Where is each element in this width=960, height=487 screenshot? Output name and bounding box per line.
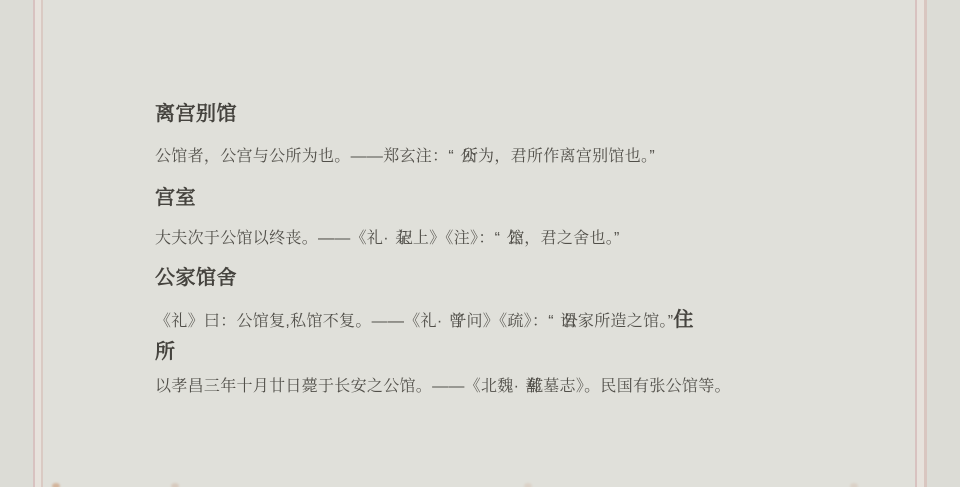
squeezed-glyph: 公馆	[506, 230, 524, 248]
cutoff-footer-artifact	[524, 483, 532, 487]
quote-text: 上》《注》：“	[413, 230, 500, 247]
quote-text: 以孝昌三年十月廿日薨于长安之公馆。——《北魏·	[155, 378, 519, 395]
right-outer-rule	[924, 0, 927, 487]
definition-1-quote: 公馆者，公宫与公所为也。——郑玄注：“公所为，君所作离宫别馆也。”	[155, 148, 805, 166]
right-margin-strip	[917, 0, 924, 487]
left-inner-rule	[41, 0, 43, 487]
squeezed-glyph: 曾子	[449, 310, 467, 334]
definition-4-quote: 以孝昌三年十月廿日薨于长安之公馆。——《北魏·鄯乾墓志》。民国有张公馆等。	[155, 378, 805, 396]
dictionary-page: { "page": { "background_outer": "#dcdcd6…	[0, 0, 960, 487]
squeezed-glyph: 杂记	[395, 230, 413, 248]
quote-text: 《礼》曰：公馆复,私馆不复。——《礼·	[155, 313, 442, 330]
definition-3-quote: 《礼》曰：公馆复,私馆不复。——《礼·曾子问》《疏》：“谓公家所造之馆。”住	[155, 308, 805, 334]
section-title-zhusuo-part-2: 所	[155, 340, 805, 364]
section-title-ligong-bieguan: 离宫别馆	[155, 102, 805, 126]
cutoff-footer-artifact	[52, 483, 60, 487]
cutoff-footer-artifact	[171, 483, 179, 487]
section-title-gongshi: 宫室	[155, 186, 805, 210]
quote-text: 问》《疏》：“	[466, 313, 553, 330]
section-title-zhusuo-part-1: 住	[673, 309, 694, 331]
quote-text: 公馆者，公宫与公所为也。——郑玄注：“	[155, 148, 454, 165]
left-outer-rule	[33, 0, 35, 487]
quote-text: 家所造之馆。”	[578, 313, 673, 330]
quote-text: ，君之舍也。”	[524, 230, 619, 247]
squeezed-glyph: 公所	[460, 148, 478, 166]
section-title-gongjia-guanshe: 公家馆舍	[155, 266, 805, 290]
quote-text: 大夫次于公馆以终丧。——《礼·	[155, 230, 389, 247]
quote-text: 墓志》。民国有张公馆等。	[543, 378, 731, 395]
definition-list: 离宫别馆 公馆者，公宫与公所为也。——郑玄注：“公所为，君所作离宫别馆也。” 宫…	[155, 0, 805, 396]
definition-2-quote: 大夫次于公馆以终丧。——《礼·杂记上》《注》：“公馆，君之舍也。”	[155, 230, 805, 248]
cutoff-footer-artifact	[850, 483, 858, 487]
squeezed-glyph: 鄯乾	[525, 378, 543, 396]
quote-text: 为，君所作离宫别馆也。”	[478, 148, 655, 165]
squeezed-glyph: 谓公	[560, 310, 578, 334]
right-inner-rule	[915, 0, 917, 487]
